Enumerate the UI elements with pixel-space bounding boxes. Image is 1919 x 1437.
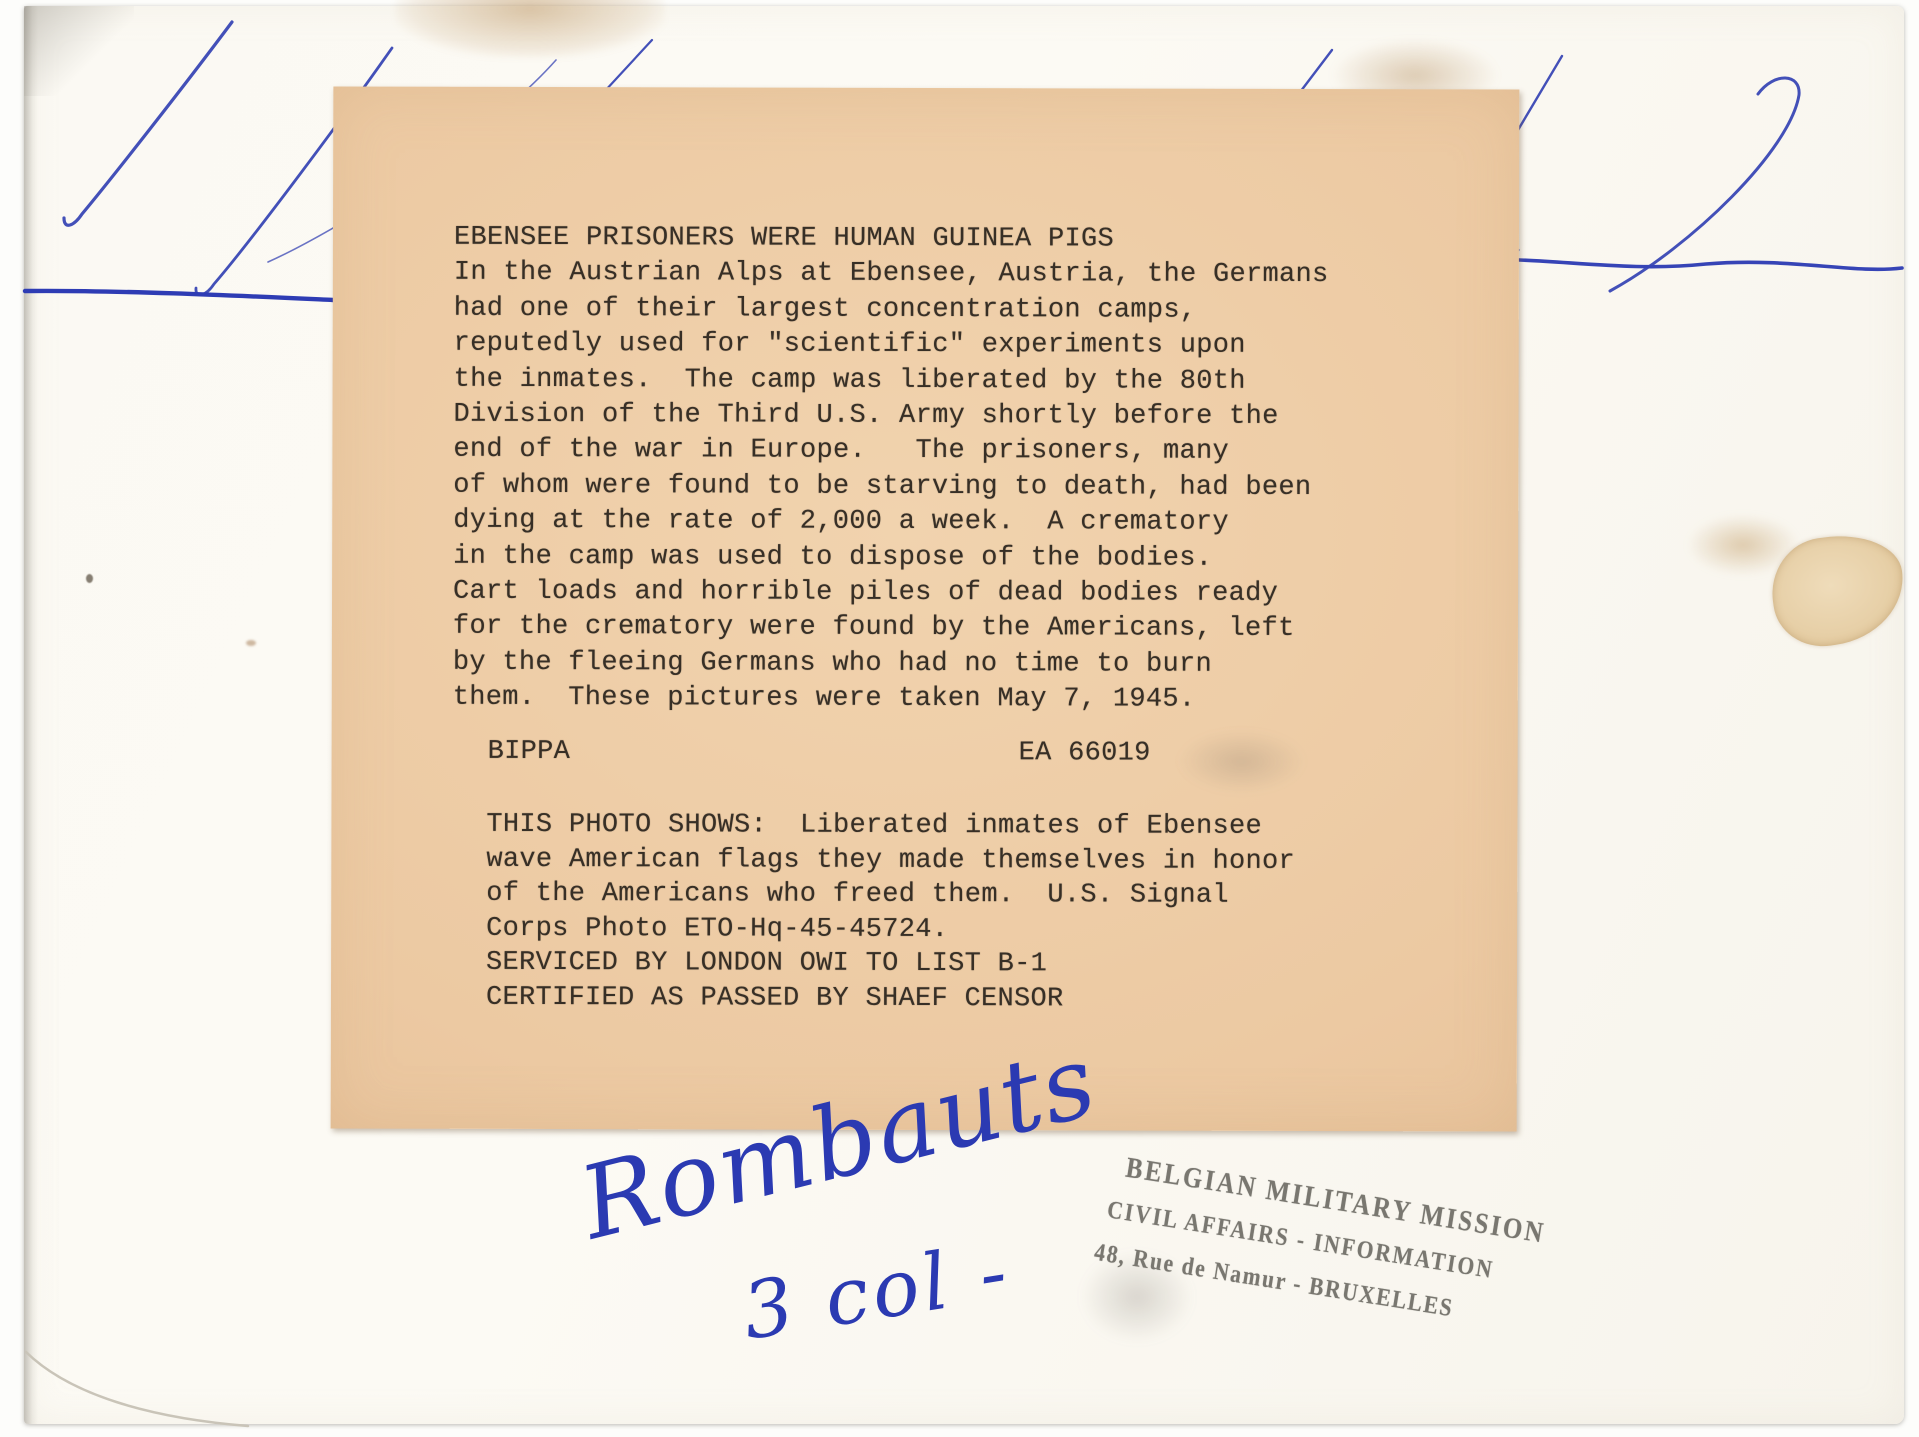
censor-line: CERTIFIED AS PASSED BY SHAEF CENSOR [486, 980, 1295, 1017]
caption-title: EBENSEE PRISONERS WERE HUMAN GUINEA PIGS [454, 221, 1329, 259]
photo-shows-line: wave American flags they made themselves… [486, 842, 1295, 879]
photo-shows-block: THIS PHOTO SHOWS: Liberated inmates of E… [486, 808, 1295, 1017]
photo-shows-line: THIS PHOTO SHOWS: Liberated inmates of E… [486, 808, 1295, 845]
caption-line: had one of their largest concentration c… [454, 292, 1329, 330]
scanned-photo-verso: EBENSEE PRISONERS WERE HUMAN GUINEA PIGS… [0, 0, 1919, 1437]
caption-label-paper: EBENSEE PRISONERS WERE HUMAN GUINEA PIGS… [331, 86, 1520, 1131]
caption-line: in the camp was used to dispose of the b… [453, 539, 1328, 577]
service-line: SERVICED BY LONDON OWI TO LIST B-1 [486, 946, 1295, 983]
caption-line: Division of the Third U.S. Army shortly … [453, 398, 1328, 436]
photo-shows-line: of the Americans who freed them. U.S. Si… [486, 877, 1295, 914]
photo-shows-line: Corps Photo ETO-Hq-45-45724. [486, 911, 1295, 948]
caption-line: the inmates. The camp was liberated by t… [454, 362, 1329, 400]
caption-line: by the fleeing Germans who had no time t… [453, 646, 1328, 684]
caption-line: end of the war in Europe. The prisoners,… [453, 433, 1328, 471]
agency-credit: BIPPA [488, 737, 571, 767]
agency-row: BIPPA EA 66019 [488, 735, 1388, 772]
caption-line: of whom were found to be starving to dea… [453, 469, 1328, 507]
caption-text-block: EBENSEE PRISONERS WERE HUMAN GUINEA PIGS… [453, 221, 1329, 719]
photo-number: EA 66019 [1019, 736, 1151, 771]
top-left-crease [24, 6, 134, 96]
caption-line: In the Austrian Alps at Ebensee, Austria… [454, 256, 1329, 294]
torn-left-edge [24, 6, 38, 1424]
caption-line: Cart loads and horrible piles of dead bo… [453, 575, 1328, 613]
caption-line: for the crematory were found by the Amer… [453, 610, 1328, 648]
caption-line: reputedly used for "scientific" experime… [454, 327, 1329, 365]
caption-line: dying at the rate of 2,000 a week. A cre… [453, 504, 1328, 542]
caption-line: them. These pictures were taken May 7, 1… [453, 681, 1328, 719]
